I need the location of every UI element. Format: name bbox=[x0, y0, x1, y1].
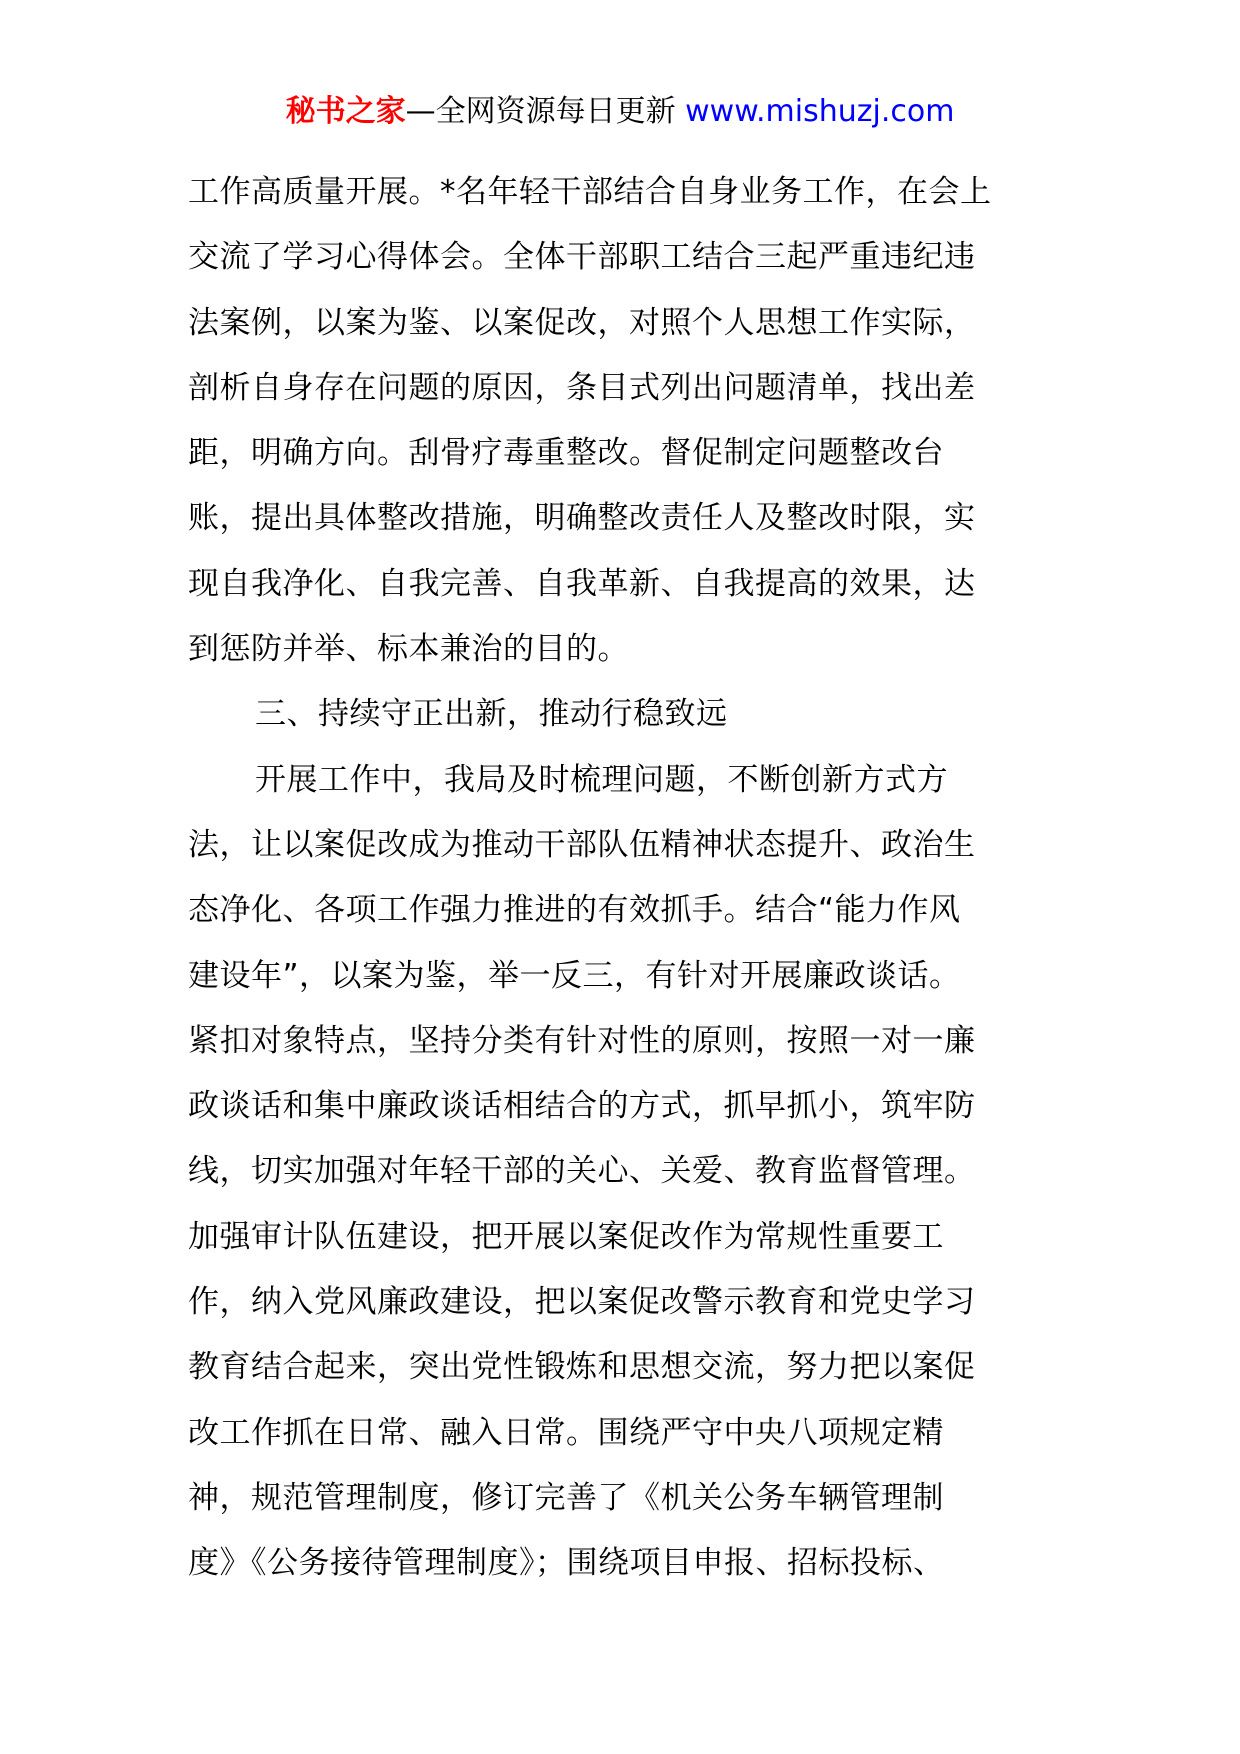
text-line: 加强审计队伍建设，把开展以案促改作为常规性重要工 bbox=[188, 1205, 1058, 1270]
text-line: 到惩防并举、标本兼治的目的。 bbox=[188, 617, 1058, 682]
text-line: 线，切实加强对年轻干部的关心、关爱、教育监督管理。 bbox=[188, 1139, 1058, 1204]
text-line: 神，规范管理制度，修订完善了《机关公务车辆管理制 bbox=[188, 1466, 1058, 1531]
text-line: 距，明确方向。刮骨疗毒重整改。督促制定问题整改台 bbox=[188, 421, 1058, 486]
document-body: 工作高质量开展。*名年轻干部结合自身业务工作，在会上 交流了学习心得体会。全体干… bbox=[188, 160, 1058, 1597]
text-line: 建设年”，以案为鉴，举一反三，有针对开展廉政谈话。 bbox=[188, 944, 1058, 1009]
text-line: 法，让以案促改成为推动干部队伍精神状态提升、政治生 bbox=[188, 813, 1058, 878]
header-tagline: —全网资源每日更新 bbox=[406, 94, 686, 129]
text-line: 现自我净化、自我完善、自我革新、自我提高的效果，达 bbox=[188, 552, 1058, 617]
text-line: 政谈话和集中廉政谈话相结合的方式，抓早抓小，筑牢防 bbox=[188, 1074, 1058, 1139]
section-heading: 三、持续守正出新，推动行稳致远 bbox=[188, 682, 1058, 747]
text-line: 工作高质量开展。*名年轻干部结合自身业务工作，在会上 bbox=[188, 160, 1058, 225]
paragraph-first-line: 开展工作中，我局及时梳理问题，不断创新方式方 bbox=[188, 748, 1058, 813]
text-line: 作，纳入党风廉政建设，把以案促改警示教育和党史学习 bbox=[188, 1270, 1058, 1335]
text-line: 教育结合起来，突出党性锻炼和思想交流，努力把以案促 bbox=[188, 1335, 1058, 1400]
text-line: 紧扣对象特点，坚持分类有针对性的原则，按照一对一廉 bbox=[188, 1009, 1058, 1074]
text-line: 法案例，以案为鉴、以案促改，对照个人思想工作实际， bbox=[188, 291, 1058, 356]
text-line: 剖析自身存在问题的原因，条目式列出问题清单，找出差 bbox=[188, 356, 1058, 421]
text-line: 交流了学习心得体会。全体干部职工结合三起严重违纪违 bbox=[188, 225, 1058, 290]
brand-name: 秘书之家 bbox=[286, 94, 406, 129]
site-url[interactable]: www.mishuzj.com bbox=[685, 94, 954, 129]
text-line: 度》《公务接待管理制度》；围绕项目申报、招标投标、 bbox=[188, 1531, 1058, 1596]
site-header-banner: 秘书之家—全网资源每日更新 www.mishuzj.com bbox=[0, 92, 1240, 132]
text-line: 账，提出具体整改措施，明确整改责任人及整改时限，实 bbox=[188, 486, 1058, 551]
text-line: 态净化、各项工作强力推进的有效抓手。结合“能力作风 bbox=[188, 878, 1058, 943]
text-line: 改工作抓在日常、融入日常。围绕严守中央八项规定精 bbox=[188, 1401, 1058, 1466]
